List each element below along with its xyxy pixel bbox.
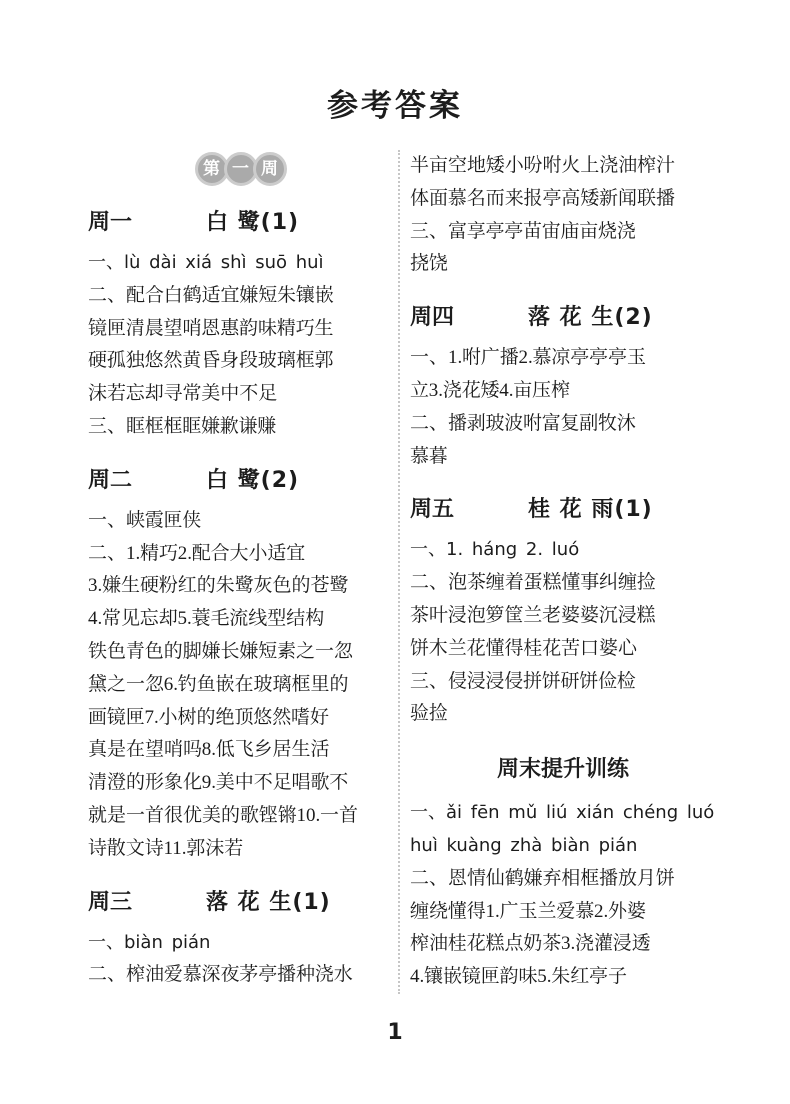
- section-heading: 周二白 鹭(2): [88, 466, 393, 496]
- answer-line: 沫若 忘却 寻常 美中不足: [88, 378, 393, 411]
- left-column: 第一周周一白 鹭(1)一、lù dài xiá shì suō huì二、配合 …: [88, 150, 393, 992]
- answer-line: 三、侵 浸 浸 侵 拼 饼 研 饼 俭 检: [410, 666, 716, 699]
- section-lesson-title: 落 花 生(2): [528, 303, 653, 333]
- answer-line: 4. 常见 忘却 5. 蓑毛 流线型结构: [88, 603, 393, 636]
- week-badge-circle: 周: [253, 152, 287, 186]
- answer-line: 茶叶 浸泡 箩筐 兰 老婆婆 沉浸 糕: [410, 600, 716, 633]
- week-badge: 第一周: [195, 152, 287, 186]
- answer-line: 一、1. háng 2. luó: [410, 534, 716, 567]
- answer-line: 镜匣 清晨 望哨 恩惠 韵味 精巧 生: [88, 313, 393, 346]
- answer-line: 二、恩情 仙鹤 嫌弃 相框 播放 月饼: [410, 863, 716, 896]
- answer-line: 榨油 桂花 糕点 奶茶 3. 浇灌 浸透: [410, 928, 716, 961]
- two-column-layout: 第一周周一白 鹭(1)一、lù dài xiá shì suō huì二、配合 …: [88, 150, 716, 994]
- answer-line: 二、榨油 爱慕 深夜 茅亭 播种 浇水: [88, 959, 393, 992]
- answer-line: 黛之一忽 6. 钓鱼 嵌在玻璃框里的: [88, 669, 393, 702]
- answer-line: 二、播 剥 玻 波 咐 富 复 副 牧 沐: [410, 408, 716, 441]
- answer-line: 缠绕 懂得 1. 广玉兰 爱慕 2. 外婆: [410, 896, 716, 929]
- section-heading: 周四落 花 生(2): [410, 303, 716, 333]
- answer-line: 三、眶 框 框 眶 嫌 歉 谦 赚: [88, 411, 393, 444]
- section-day-label: 周五: [410, 495, 528, 525]
- page-number: 1: [0, 1020, 790, 1045]
- answer-line: 诗 散文诗 11. 郭沫若: [88, 833, 393, 866]
- answer-line: 半亩空地 矮小 吩咐 火上浇油 榨汁: [410, 150, 716, 183]
- answer-line: 立 3. 浇花 矮 4. 亩 压榨: [410, 375, 716, 408]
- answer-line: 一、峡 霞 匣 侠: [88, 505, 393, 538]
- answer-line: 就是一首很优美的歌 铿锵 10. 一首: [88, 800, 393, 833]
- answer-line: 一、biàn pián: [88, 927, 393, 960]
- right-column: 半亩空地 矮小 吩咐 火上浇油 榨汁体面 慕名而来 报亭 高矮 新闻联播三、富 …: [410, 150, 716, 994]
- section-lesson-title: 桂 花 雨(1): [528, 495, 653, 525]
- section-day-label: 周四: [410, 303, 528, 333]
- answer-line: 一、ǎi fēn mǔ liú xián chéng luó: [410, 797, 716, 830]
- answer-line: 一、lù dài xiá shì suō huì: [88, 247, 393, 280]
- answer-line: 饼 木兰花 懂得 桂花 苦口婆心: [410, 633, 716, 666]
- answer-line: 慕 暮: [410, 441, 716, 474]
- page-title: 参考答案: [0, 80, 790, 125]
- answer-line: 验 捡: [410, 698, 716, 731]
- answer-line: 二、配合 白鹤 适宜 嫌短 朱 镶嵌: [88, 280, 393, 313]
- answer-line: huì kuàng zhà biàn pián: [410, 830, 716, 863]
- answer-line: 铁色 青色的脚 嫌长 嫌短 素之一忽: [88, 636, 393, 669]
- answer-line: 三、富 享 亭 亭 苗 宙 庙 亩 烧 浇: [410, 216, 716, 249]
- answer-line: 清澄的形象化 9. 美中不足 唱歌 不: [88, 767, 393, 800]
- answer-line: 3. 嫌生硬 粉红的朱鹭 灰色的苍鹭: [88, 570, 393, 603]
- answer-line: 4. 镶嵌 镜匣 韵味 5. 朱红 亭子: [410, 961, 716, 994]
- section-day-label: 周三: [88, 888, 206, 918]
- answer-line: 硬 孤独 悠然 黄昏 身段 玻璃框 郭: [88, 345, 393, 378]
- section-day-label: 周一: [88, 208, 206, 238]
- section-heading: 周三落 花 生(1): [88, 888, 393, 918]
- weekend-training-heading: 周末提升训练: [410, 755, 716, 785]
- answer-line: 二、泡茶 缠着 蛋糕 懂事 纠缠 捡: [410, 567, 716, 600]
- section-lesson-title: 落 花 生(1): [206, 888, 331, 918]
- section-lesson-title: 白 鹭(2): [206, 466, 299, 496]
- answer-key-page: 参考答案 第一周周一白 鹭(1)一、lù dài xiá shì suō huì…: [0, 0, 790, 1104]
- answer-line: 画 镜匣 7. 小树的绝顶 悠然 嗜好: [88, 702, 393, 735]
- section-day-label: 周二: [88, 466, 206, 496]
- answer-line: 体面 慕名而来 报亭 高矮 新闻联播: [410, 183, 716, 216]
- section-lesson-title: 白 鹭(1): [206, 208, 299, 238]
- answer-line: 一、1. 咐 广播 2. 慕 凉亭 亭亭玉: [410, 342, 716, 375]
- answer-line: 真是在望哨吗 8. 低飞 乡居生活: [88, 734, 393, 767]
- answer-line: 二、1. 精巧 2. 配合 大小 适宜: [88, 538, 393, 571]
- column-divider: [398, 150, 400, 994]
- section-heading: 周五桂 花 雨(1): [410, 495, 716, 525]
- section-heading: 周一白 鹭(1): [88, 208, 393, 238]
- answer-line: 挠 饶: [410, 248, 716, 281]
